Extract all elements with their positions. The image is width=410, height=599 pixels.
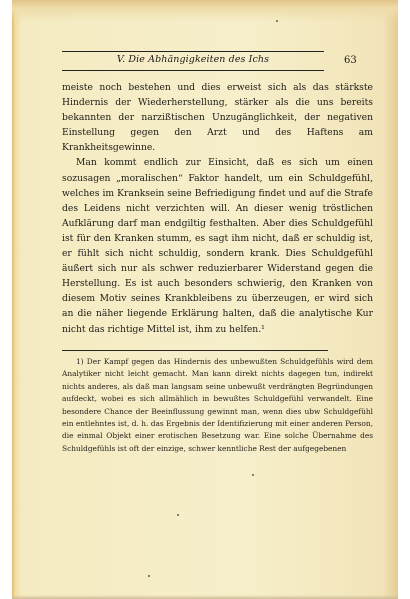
running-head: V. Die Abhängigkeiten des Ichs 63: [62, 51, 370, 73]
footnote-divider: [62, 350, 328, 351]
page-number: 63: [344, 55, 357, 66]
book-page: V. Die Abhängigkeiten des Ichs 63 meiste…: [12, 0, 398, 599]
header-rule-bottom: [62, 70, 324, 71]
paper-speck: [177, 514, 179, 516]
page-top-shadow: [12, 0, 398, 22]
footnote: 1) Der Kampf gegen das Hindernis des unb…: [62, 356, 373, 455]
paper-speck: [252, 474, 254, 476]
body-text: meiste noch bestehen und dies erweist si…: [62, 80, 373, 337]
chapter-title: V. Die Abhängigkeiten des Ichs: [62, 54, 324, 65]
header-rule-top: [62, 51, 324, 52]
paragraph: Man kommt endlich zur Einsicht, daß es s…: [62, 155, 373, 336]
paragraph: meiste noch bestehen und dies erweist si…: [62, 80, 373, 155]
paper-speck: [276, 20, 278, 22]
paper-speck: [148, 575, 150, 577]
page-bottom-edge: [12, 595, 398, 599]
